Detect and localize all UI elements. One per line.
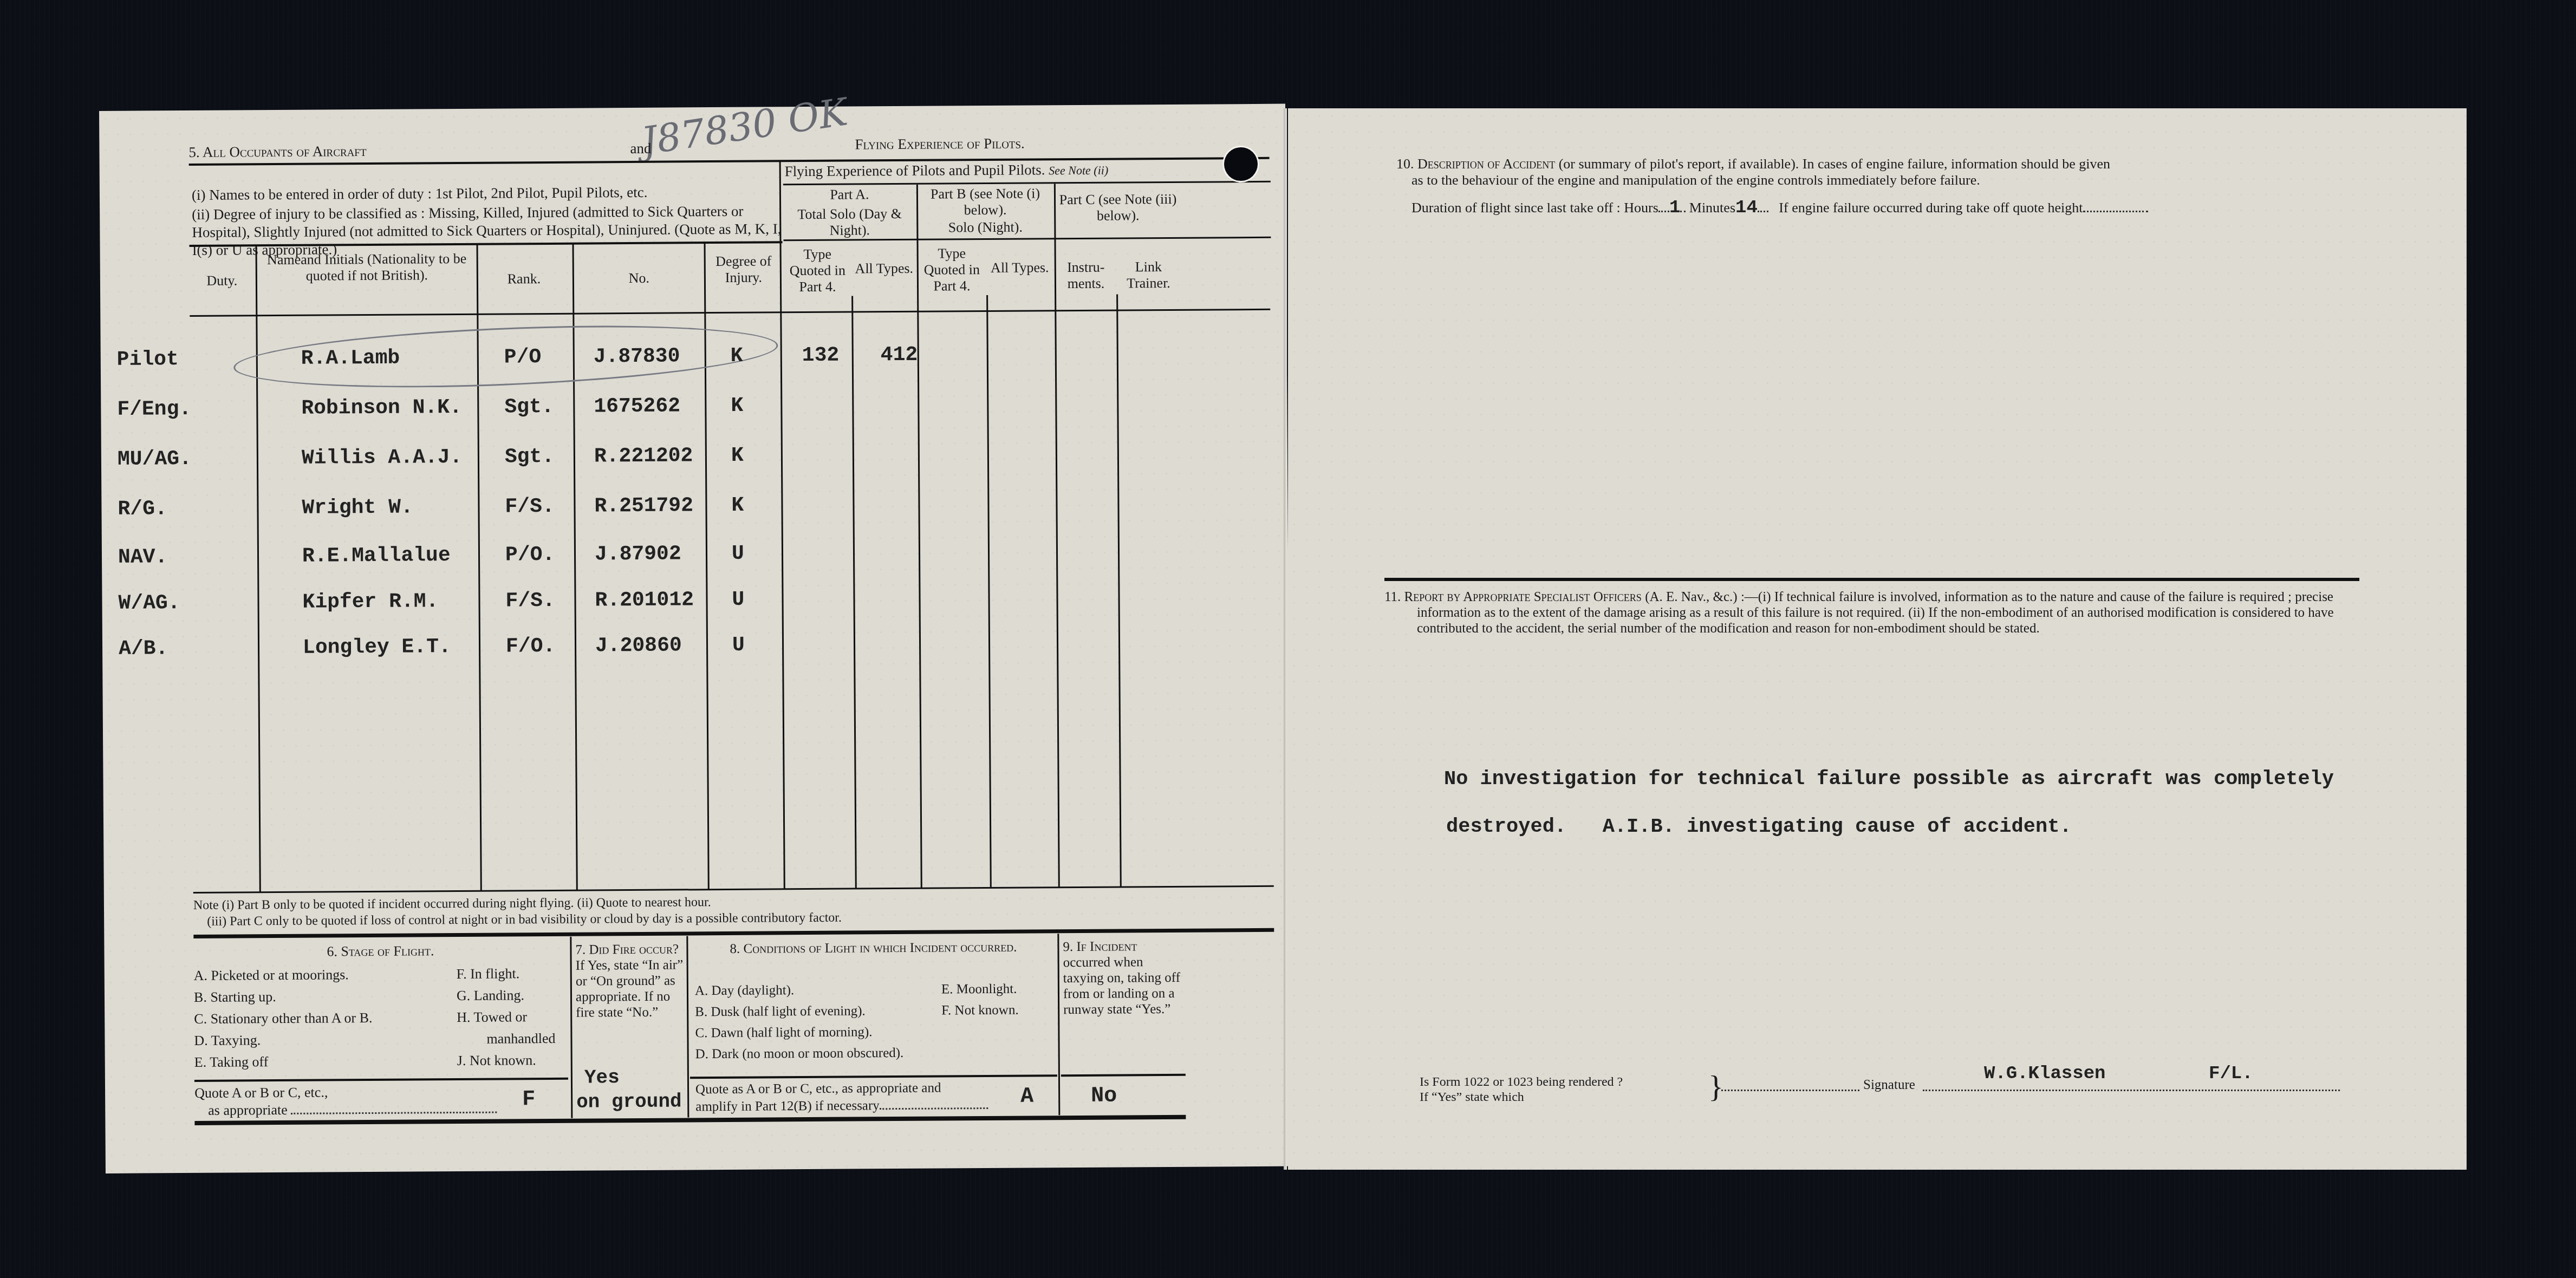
rank-cell: Sgt. [504, 395, 554, 419]
section7-title: 7. Did Fire occur? [575, 942, 679, 957]
section-9-runway: 9. If Incident occurred when taxying on,… [99, 104, 1285, 111]
table-row: Pilot R.A.Lamb P/O J.87830 K 132 412 [101, 341, 1287, 381]
minutes-value[interactable]: 14 [1735, 198, 1758, 218]
section6-quote-label-2: as appropriate [208, 1101, 497, 1119]
signature-field[interactable] [1923, 1090, 2340, 1091]
no-cell: J.87830 [594, 344, 680, 368]
col-name: Nameand Initials (Nationality to be quot… [257, 251, 477, 284]
no-cell: J.20860 [595, 634, 682, 657]
no-cell: J.87902 [595, 542, 681, 566]
rank-cell: F/O. [506, 635, 555, 658]
table-row: F/Eng. Robinson N.K. Sgt. 1675262 K [101, 391, 1287, 431]
typed-report-line-1: No investigation for technical failure p… [1444, 768, 2334, 791]
flying-exp-note: See Note (ii) [1049, 164, 1108, 178]
brace: } [1708, 1071, 1723, 1103]
section6-answer[interactable]: F [522, 1087, 535, 1112]
part-a-sub: Total Solo (Day & Night). [783, 206, 916, 239]
dotted-field [291, 1112, 497, 1114]
section5-title: 5. All Occupants of Aircraft [188, 143, 366, 161]
table-row: W/AG. Kipfer R.M. F/S. R.201012 U [102, 585, 1288, 624]
option: A. Picketed or at moorings. [194, 964, 373, 987]
option: manhandled [457, 1028, 555, 1050]
col-line [1057, 934, 1060, 1115]
col-instruments: Instru-ments. [1056, 259, 1116, 292]
option: D. Dark (no moon or moon obscured). [695, 1042, 904, 1065]
option: C. Stationary other than A or B. [194, 1007, 373, 1030]
dots [1680, 211, 1686, 212]
duty-cell: NAV. [118, 545, 167, 569]
table-row: A/B. Longley E.T. F/O. J.20860 U [102, 630, 1289, 670]
col-duty: Duty. [190, 272, 255, 289]
handwritten-annotation: J87830 OK [639, 89, 850, 164]
option: J. Not known. [457, 1049, 556, 1072]
table-bottom-rule [193, 885, 1274, 894]
section10-title: 10. Description of Accident [1396, 156, 1555, 172]
engine-height-label: If engine failure occurred during take o… [1779, 200, 2083, 216]
form-question-line-2: If “Yes” state which [1420, 1090, 1623, 1105]
section7-answer-2[interactable]: on ground [576, 1090, 682, 1113]
rule [783, 181, 1271, 185]
section5-and: and [630, 140, 651, 157]
section-8-light: 8. Conditions of Light in which Incident… [99, 104, 1285, 111]
section11-title: 11. Report by Appropriate Specialist Off… [1384, 590, 1642, 604]
instruction-ii: (ii) Degree of injury to be classified a… [192, 202, 793, 259]
no-cell: R.251792 [594, 494, 693, 518]
signature-label: Signature [1863, 1078, 1915, 1093]
section7-text: If Yes, state “In air” or “On ground” as… [576, 957, 684, 1020]
section11-rule [1384, 578, 2359, 581]
form-page-right: 10. Description of Accident (or summary … [1288, 108, 2467, 1170]
option: A. Day (daylight). [695, 979, 903, 1001]
col-line [570, 937, 573, 1118]
form-which-field[interactable] [1721, 1090, 1859, 1091]
name-cell: R.E.Mallalue [302, 544, 451, 568]
name-cell: Kipfer R.M. [302, 590, 438, 614]
typed-report-line-2: destroyed. A.I.B. investigating cause of… [1446, 816, 2072, 838]
col-b-all: All Types. [987, 259, 1052, 276]
col-line [686, 936, 689, 1117]
column-header-rule [190, 309, 1270, 317]
rule [1061, 1074, 1186, 1077]
col-link-trainer: Link Trainer. [1117, 259, 1180, 292]
section10-text: (or summary of pilot's report, if availa… [1559, 156, 2110, 172]
section7-answer-1[interactable]: Yes [584, 1066, 620, 1088]
name-cell: Longley E.T. [303, 635, 451, 660]
rule [194, 1078, 568, 1082]
col-a-type: Type Quoted in Part 4. [784, 246, 852, 296]
option: F. In flight. [457, 963, 555, 985]
injury-cell: K [731, 494, 744, 517]
col-injury: Degree of Injury. [706, 253, 782, 286]
col-rank: Rank. [477, 271, 571, 288]
col-a-all: All Types. [853, 260, 915, 277]
rank-cell: F/S. [505, 589, 555, 613]
section6-options-left: A. Picketed or at moorings. B. Starting … [194, 964, 373, 1073]
section9-answer[interactable]: No [1091, 1084, 1117, 1109]
flying-exp-header: Flying Experience of Pilots and Pupil Pi… [785, 160, 1261, 180]
signature-name: W.G.Klassen [1984, 1064, 2105, 1084]
option: B. Dusk (half light of evening). [695, 1000, 903, 1022]
section6-options-right: F. In flight. G. Landing. H. Towed or ma… [457, 963, 556, 1072]
duty-cell: F/Eng. [117, 397, 191, 421]
section7-text-block: 7. Did Fire occur? If Yes, state “In air… [575, 941, 684, 1020]
duty-cell: A/B. [119, 637, 168, 661]
col-no: No. [574, 270, 704, 286]
part-a-type-cell: 132 [802, 344, 840, 367]
table-row: MU/AG. Willis A.A.J. Sgt. R.221202 K [101, 441, 1287, 480]
name-cell: Robinson N.K. [301, 396, 462, 420]
injury-cell: U [732, 542, 744, 565]
duty-cell: MU/AG. [118, 447, 192, 471]
option: H. Towed or [457, 1006, 555, 1028]
part-a-all-cell: 412 [881, 343, 918, 367]
hours-label: Duration of flight since last take off :… [1411, 200, 1658, 216]
rule [690, 1074, 1057, 1079]
occupants-table-body: Pilot R.A.Lamb P/O J.87830 K 132 412 F/E… [99, 104, 1285, 111]
label: amplify in Part 12(B) if necessary [695, 1098, 880, 1114]
option: G. Landing. [457, 984, 555, 1007]
duty-cell: W/AG. [118, 591, 180, 615]
option: E. Moonlight. [941, 979, 1019, 1000]
section10-text-2: as to the behaviour of the engine and ma… [1411, 172, 1980, 188]
part-a-title: Part A. [783, 186, 916, 203]
rank-cell: P/O. [505, 543, 555, 567]
option: F. Not known. [941, 1000, 1019, 1021]
no-cell: R.201012 [595, 588, 694, 612]
form-1022-question: Is Form 1022 or 1023 being rendered ? If… [1420, 1074, 1623, 1105]
section8-options-right: E. Moonlight. F. Not known. [941, 979, 1019, 1021]
section6-quote-label: Quote A or B or C, etc., [194, 1084, 328, 1101]
injury-cell: K [731, 444, 744, 467]
table-row: NAV. R.E.Mallalue P/O. J.87902 U [102, 539, 1288, 578]
section9-text-block: 9. If Incident occurred when taxying on,… [1063, 938, 1182, 1018]
part-b-title: Part B (see Note (i) below). [918, 185, 1053, 219]
option: C. Dawn (half light of morning). [695, 1021, 903, 1044]
name-cell: R.A.Lamb [301, 347, 400, 370]
section11-header: 11. Report by Appropriate Specialist Off… [1384, 589, 2395, 636]
dotted-field [880, 1107, 988, 1110]
dots [1658, 211, 1669, 212]
injury-cell: K [731, 344, 743, 368]
section8-quote-label-2: amplify in Part 12(B) if necessary [695, 1098, 988, 1114]
section8-quote-label: Quote as A or B or C, etc., as appropria… [695, 1081, 941, 1098]
col-b-type: Type Quoted in Part 4. [918, 245, 986, 295]
flying-exp-header-text: Flying Experience of Pilots and Pupil Pi… [785, 161, 1045, 179]
note-iii: (iii) Part C only to be quoted if loss o… [207, 909, 842, 931]
flying-experience-title: Flying Experience of Pilots. [855, 135, 1025, 153]
injury-cell: U [732, 634, 745, 657]
injury-cell: K [731, 394, 743, 418]
engine-height-field[interactable] [2083, 211, 2148, 212]
rank-cell: Sgt. [505, 445, 554, 469]
minutes-label: Minutes [1689, 200, 1735, 216]
section9-text: occurred when taxying on, taking off fro… [1063, 955, 1181, 1017]
option: E. Taking off [194, 1051, 373, 1073]
duty-cell: Pilot [117, 348, 179, 371]
form-question-line-1: Is Form 1022 or 1023 being rendered ? [1420, 1074, 1623, 1090]
table-row: R/G. Wright W. F/S. R.251792 K [101, 491, 1287, 530]
section9-title: 9. If Incident [1063, 939, 1137, 954]
form-page-left: J87830 OK 5. All Occupants of Aircraft a… [99, 104, 1292, 1173]
no-cell: 1675262 [594, 394, 680, 418]
option: D. Taxying. [194, 1029, 373, 1052]
section8-answer[interactable]: A [1020, 1084, 1033, 1109]
section8-options-left: A. Day (daylight). B. Dusk (half light o… [695, 979, 904, 1065]
duty-cell: R/G. [118, 497, 167, 521]
instruction-i: (i) Names to be entered in order of duty… [192, 182, 793, 204]
part-c-title: Part C (see Note (iii) below). [1056, 191, 1180, 224]
rank-cell: F/S. [505, 495, 554, 519]
page-fold [1284, 108, 1287, 1170]
duration-line: Duration of flight since last take off :… [1411, 198, 2148, 218]
no-cell: R.221202 [594, 444, 693, 468]
punch-hole-left [1224, 147, 1258, 181]
name-cell: Wright W. [302, 495, 413, 519]
dots [1758, 211, 1768, 212]
section-7-fire: 7. Did Fire occur? If Yes, state “In air… [99, 104, 1285, 111]
option: B. Starting up. [194, 986, 373, 1008]
section10-header: 10. Description of Accident (or summary … [1396, 156, 2382, 172]
part-b-sub: Solo (Night). [918, 219, 1053, 236]
signature-rank: F/L. [2209, 1064, 2253, 1084]
section6-title: 6. Stage of Flight. [193, 942, 567, 961]
name-cell: Willis A.A.J. [302, 446, 463, 470]
section-6-stage-of-flight: 6. Stage of Flight. A. Picketed or at mo… [99, 104, 1285, 111]
rank-cell: P/O [504, 345, 542, 369]
hours-value[interactable]: 1 [1669, 198, 1680, 218]
label: as appropriate [208, 1102, 288, 1118]
injury-cell: U [732, 588, 744, 611]
section8-title: 8. Conditions of Light in which Incident… [692, 939, 1055, 957]
